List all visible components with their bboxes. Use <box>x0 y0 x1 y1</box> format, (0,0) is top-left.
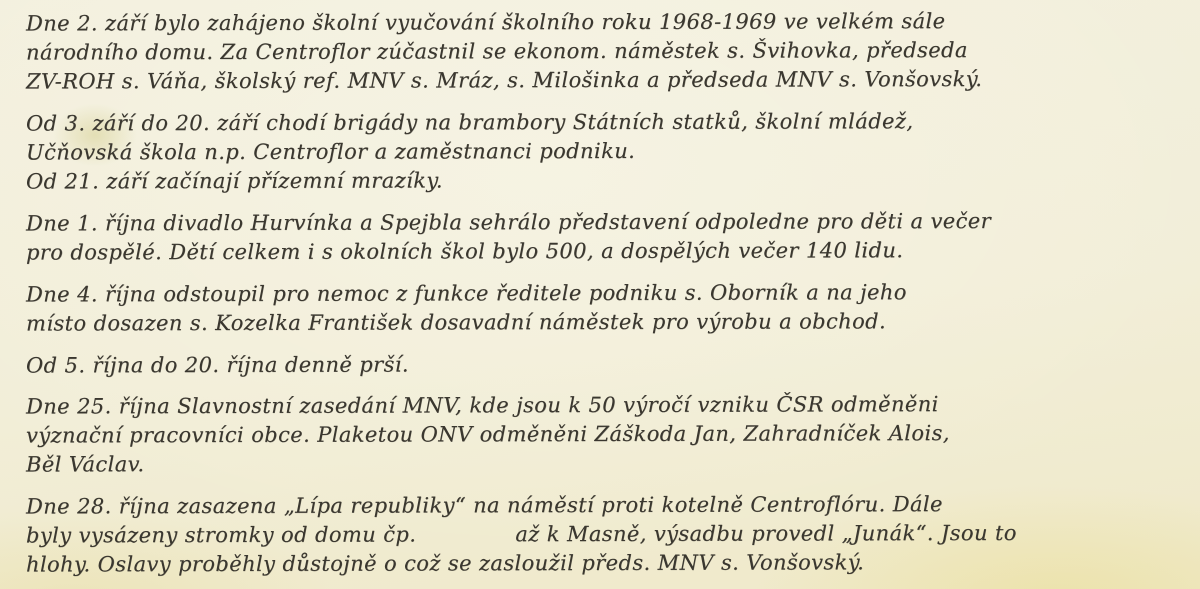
text-line: byly vysázeny stromky od domu čp. až k M… <box>26 518 1182 550</box>
text-line: hlohy. Oslavy proběhly důstojně o což se… <box>26 547 1182 579</box>
text-line: národního domu. Za Centroflor zúčastnil … <box>26 35 1182 67</box>
entry-oct-4-director-change: Dne 4. října odstoupil pro nemoc z funkc… <box>26 279 1182 337</box>
text-line: Dne 25. října Slavnostní zasedání MNV, k… <box>26 389 1182 421</box>
text-line: Od 5. října do 20. října denně prší. <box>26 348 1182 380</box>
entry-oct-5-daily-rain: Od 5. října do 20. října denně prší. <box>26 350 1182 379</box>
text-line: ZV-ROH s. Váňa, školský ref. MNV s. Mráz… <box>26 64 1182 96</box>
entry-oct-25-ceremonial-session: Dne 25. října Slavnostní zasedání MNV, k… <box>26 391 1182 478</box>
entry-oct-1-puppet-theatre: Dne 1. října divadlo Hurvínka a Spejbla … <box>26 208 1182 266</box>
text-line: Od 3. září do 20. září chodí brigády na … <box>26 106 1182 138</box>
text-line: Od 21. září začínají přízemní mrazíky. <box>26 164 1182 196</box>
text-line: Dne 2. září bylo zahájeno školní vyučová… <box>26 6 1182 38</box>
text-line: Učňovská škola n.p. Centroflor a zaměstn… <box>26 135 1182 167</box>
text-line: Dne 1. října divadlo Hurvínka a Spejbla … <box>26 206 1182 238</box>
chronicle-page-scan: Dne 2. září bylo zahájeno školní vyučová… <box>0 0 1200 589</box>
text-line: místo dosazen s. Kozelka František dosav… <box>26 306 1182 338</box>
text-line: Dne 4. října odstoupil pro nemoc z funkc… <box>26 277 1182 309</box>
entry-sep-2-school-year-opening: Dne 2. září bylo zahájeno školní vyučová… <box>26 8 1182 95</box>
text-line: Dne 28. října zasazena „Lípa republiky“ … <box>26 489 1182 521</box>
text-line: Běl Václav. <box>26 447 1182 479</box>
entry-sep-3-potato-brigades: Od 3. září do 20. září chodí brigády na … <box>26 108 1182 195</box>
text-line: význační pracovníci obce. Plaketou ONV o… <box>26 418 1182 450</box>
entry-oct-28-linden-planting: Dne 28. října zasazena „Lípa republiky“ … <box>26 491 1182 578</box>
text-line: pro dospělé. Dětí celkem i s okolních šk… <box>26 235 1182 267</box>
